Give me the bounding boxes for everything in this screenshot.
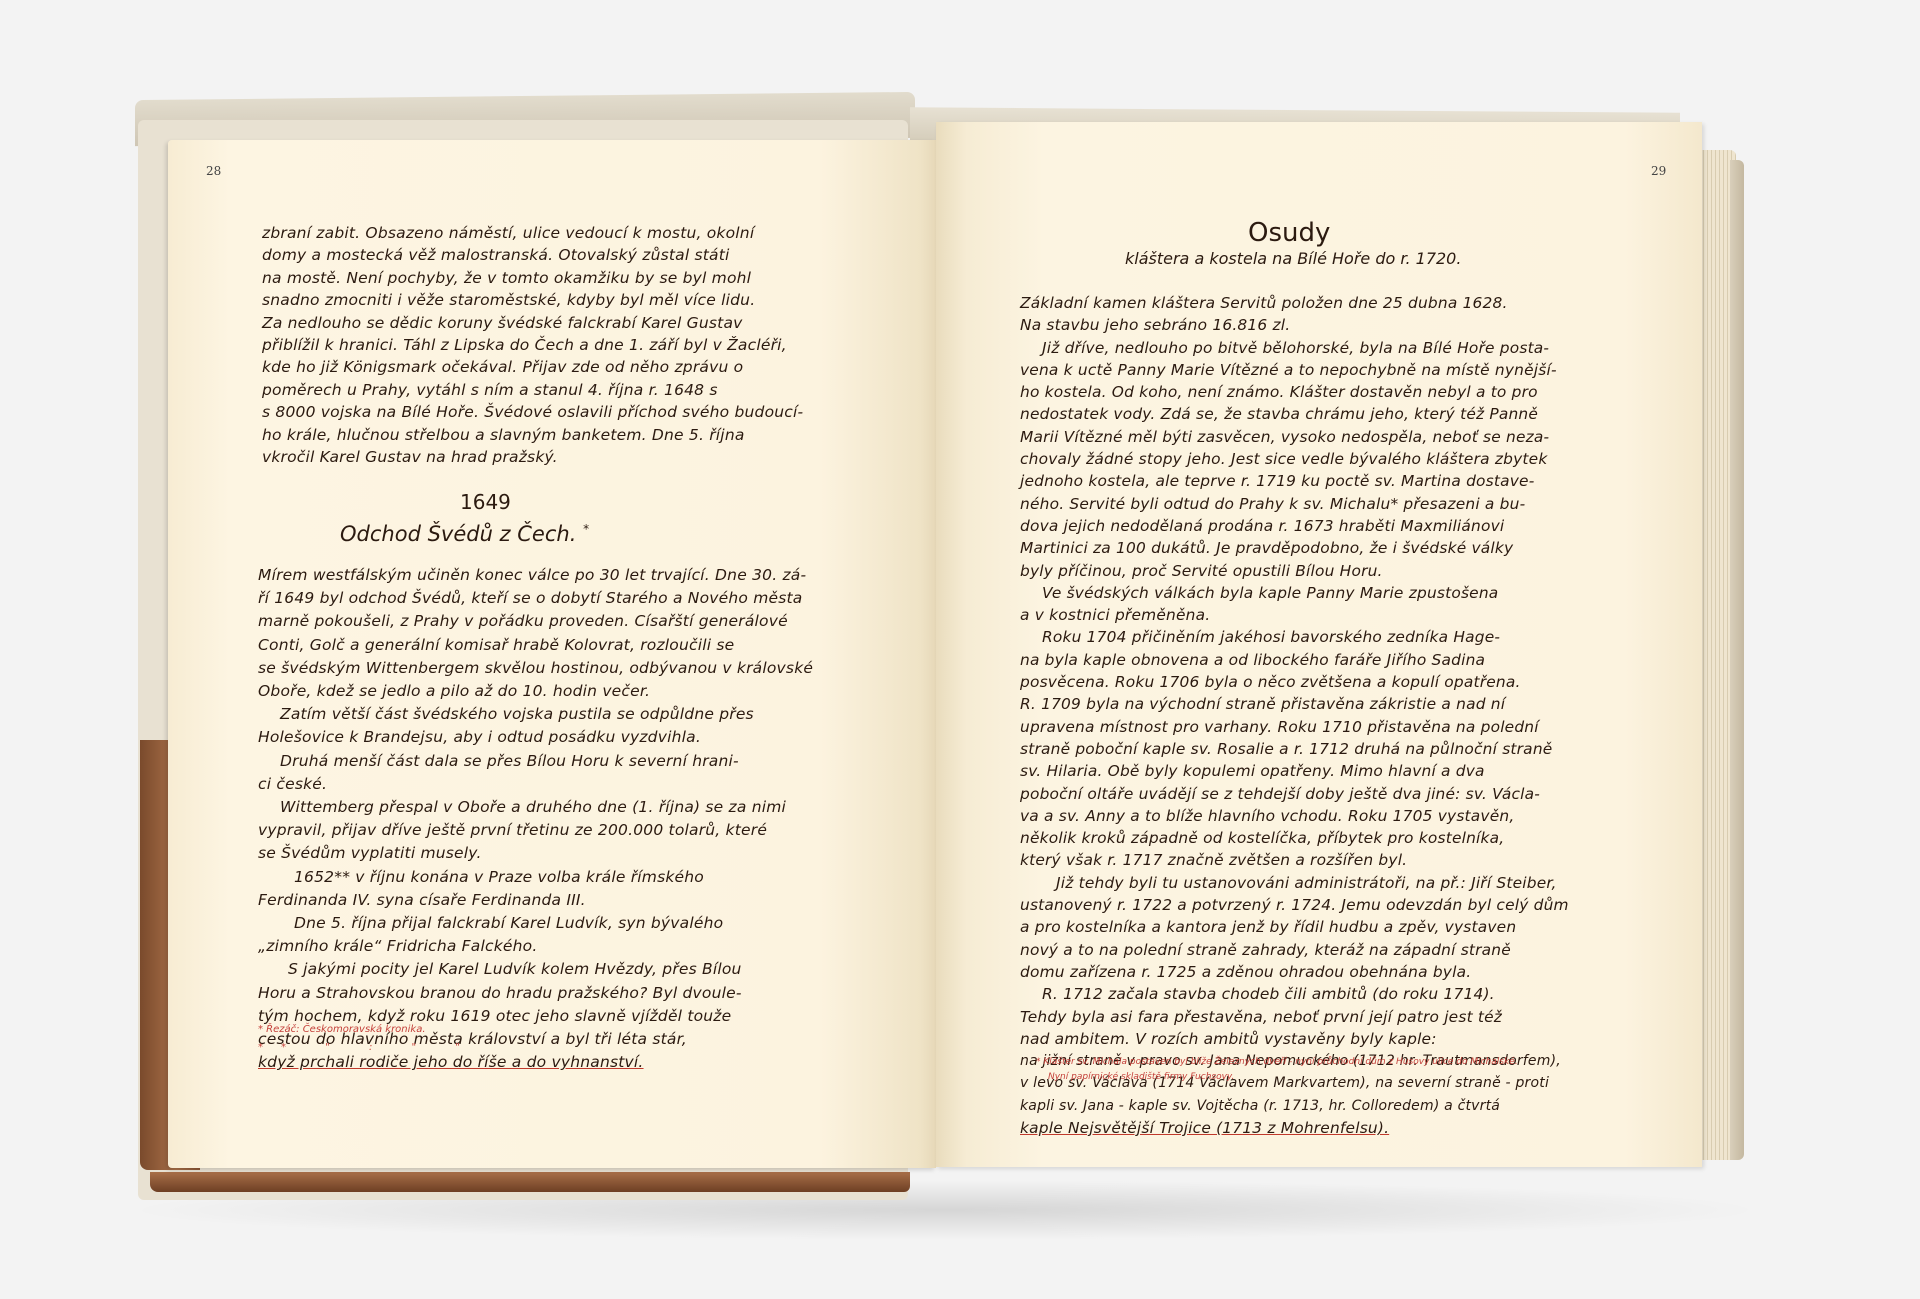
text-line: kapli sv. Jana - kaple sv. Vojtěcha (r. … [1020,1095,1620,1117]
left-page-paragraph-2: Mírem westfálským učiněn konec válce po … [258,564,838,1074]
text-line: S jakými pocity jel Karel Ludvík kolem H… [258,958,838,981]
text-line: když prchali rodiče jeho do říše a do vy… [258,1051,838,1074]
text-line: se švédským Wittenbergem skvělou hostino… [258,657,838,680]
text-line: ného. Servité byli odtud do Prahy k sv. … [1020,493,1620,515]
text-line: R. 1709 byla na východní straně přistavě… [1020,693,1620,715]
text-line: kaple Nejsvětější Trojice (1713 z Mohren… [1020,1117,1620,1139]
text-line: na mostě. Není pochyby, že v tomto okamž… [262,267,822,289]
page-number-right: 29 [1651,164,1666,178]
text-line: vypravil, přijav dříve ještě první třeti… [258,819,838,842]
text-line: Již dříve, nedlouho po bitvě bělohorské,… [1020,337,1620,359]
text-line: posvěcena. Roku 1706 byla o něco zvětšen… [1020,671,1620,693]
text-line: a v kostnici přeměněna. [1020,604,1620,626]
text-line: Marii Vítězné měl býti zasvěcen, vysoko … [1020,426,1620,448]
text-line: Roku 1704 přičiněním jakéhosi bavorského… [1020,626,1620,648]
text-line: a pro kostelníka a kantora jenž by řídil… [1020,916,1620,938]
text-line: Oboře, kdež se jedlo a pilo až do 10. ho… [258,680,838,703]
text-line: byly příčinou, proč Servité opustili Bíl… [1020,560,1620,582]
right-page-body: Základní kamen kláštera Servitů položen … [1020,292,1620,1139]
text-line: Již tehdy byli tu ustanovováni administr… [1020,872,1620,894]
text-line: Ferdinanda IV. syna císaře Ferdinanda II… [258,889,838,912]
text-line: Druhá menší část dala se přes Bílou Horu… [258,750,838,773]
text-line: Horu a Strahovskou branou do hradu pražs… [258,982,838,1005]
text-line: dova jejich nedodělaná prodána r. 1673 h… [1020,515,1620,537]
text-line: který však r. 1717 značně zvětšen a rozš… [1020,849,1620,871]
text-line: ho krále, hlučnou střelbou a slavným ban… [262,424,822,446]
chapter-subtitle: kláštera a kostela na Bílé Hoře do r. 17… [1125,249,1461,268]
page-number-left: 28 [206,164,221,178]
text-line: snadno zmocniti i věže staroměstské, kdy… [262,289,822,311]
text-line: vena k uctě Panny Marie Vítězné a to nep… [1020,359,1620,381]
left-page-paragraph-1: zbraní zabit. Obsazeno náměstí, ulice ve… [262,222,822,468]
text-line: straně poboční kaple sv. Rosalie a r. 17… [1020,738,1620,760]
text-line: jednoho kostela, ale teprve r. 1719 ku p… [1020,470,1620,492]
text-line: poměrech u Prahy, vytáhl s ním a stanul … [262,379,822,401]
footnote-marker: * [583,522,589,536]
footnote-1: * Řezáč: Českomoravská kronika. [258,1024,426,1035]
chapter-title: Osudy [1248,218,1330,248]
text-line: Ve švédských válkách byla kaple Panny Ma… [1020,582,1620,604]
text-line: Zatím větší část švédského vojska pustil… [258,703,838,726]
text-line: „zimního krále“ Fridricha Falckého. [258,935,838,958]
text-line: Martinici za 100 dukátů. Je pravděpodobn… [1020,537,1620,559]
footnote-right-2: Nyní papírnické skladiště firmy Fuchsovy… [1048,1072,1234,1082]
text-line: Conti, Golč a generální komisař hrabě Ko… [258,634,838,657]
text-line: ří 1649 byl odchod Švédů, kteří se o dob… [258,587,838,610]
text-line: R. 1712 začala stavba chodeb čili ambitů… [1020,983,1620,1005]
text-line: nedostatek vody. Zdá se, že stavba chrám… [1020,403,1620,425]
text-line: upravena místnost pro varhany. Roku 1710… [1020,716,1620,738]
text-line: poboční oltáře uvádějí se z tehdejší dob… [1020,783,1620,805]
text-line: několik kroků západně od kostelíčka, pří… [1020,827,1620,849]
text-line: nový a to na polední straně zahrady, kte… [1020,939,1620,961]
text-line: marně pokoušeli, z Prahy v pořádku prove… [258,610,838,633]
text-line: 1652** v říjnu konána v Praze volba král… [258,866,838,889]
text-line: kde ho již Königsmark očekával. Přijav z… [262,356,822,378]
text-line: sv. Hilaria. Obě byly kopulemi opatřeny.… [1020,760,1620,782]
text-line: se Švédům vyplatiti musely. [258,842,838,865]
text-line: na byla kaple obnovena a od libockého fa… [1020,649,1620,671]
book-cover-edge-right [1730,160,1744,1160]
text-line: Wittemberg přespal v Oboře a druhého dne… [258,796,838,819]
text-line: domu zařízena r. 1725 a zděnou ohradou o… [1020,961,1620,983]
text-line: va a sv. Anny a to blíže hlavního vchodu… [1020,805,1620,827]
leather-binding-bottom [150,1172,910,1192]
text-line: Dne 5. října přijal falckrabí Karel Ludv… [258,912,838,935]
text-line: chovaly žádné stopy jeho. Jest sice vedl… [1020,448,1620,470]
text-line: vkročil Karel Gustav na hrad pražský. [262,446,822,468]
text-line: ho kostela. Od koho, není známo. Klášter… [1020,381,1620,403]
text-line: přiblížil k hranici. Táhl z Lipska do Če… [262,334,822,356]
text-line: Holešovice k Brandejsu, aby i odtud posá… [258,726,838,749]
text-line: ustanovený r. 1722 a potvrzený r. 1724. … [1020,894,1620,916]
footnote-2: ** " : " " [258,1042,478,1053]
text-line: Na stavbu jeho sebráno 16.816 zl. [1020,314,1620,336]
text-line: Mírem westfálským učiněn konec válce po … [258,564,838,587]
text-line: zbraní zabit. Obsazeno náměstí, ulice ve… [262,222,822,244]
section-year: 1649 [460,490,511,514]
section-heading: Odchod Švédů z Čech. * [340,522,589,546]
text-line: nad ambitem. V rozích ambitů vystavěny b… [1020,1028,1620,1050]
text-line: Tehdy byla asi fara přestavěna, neboť pr… [1020,1006,1620,1028]
text-line: Základní kamen kláštera Servitů položen … [1020,292,1620,314]
text-line: Za nedlouho se dědic koruny švédské falc… [262,312,822,334]
section-heading-text: Odchod Švédů z Čech. [340,522,576,546]
text-line: s 8000 vojska na Bílé Hoře. Švédové osla… [262,401,822,423]
text-line: domy a mostecká věž malostranská. Otoval… [262,244,822,266]
text-line: ci české. [258,773,838,796]
footnote-right-1: * Klášter sv. Michala postaven byl blíže… [1036,1057,1518,1067]
